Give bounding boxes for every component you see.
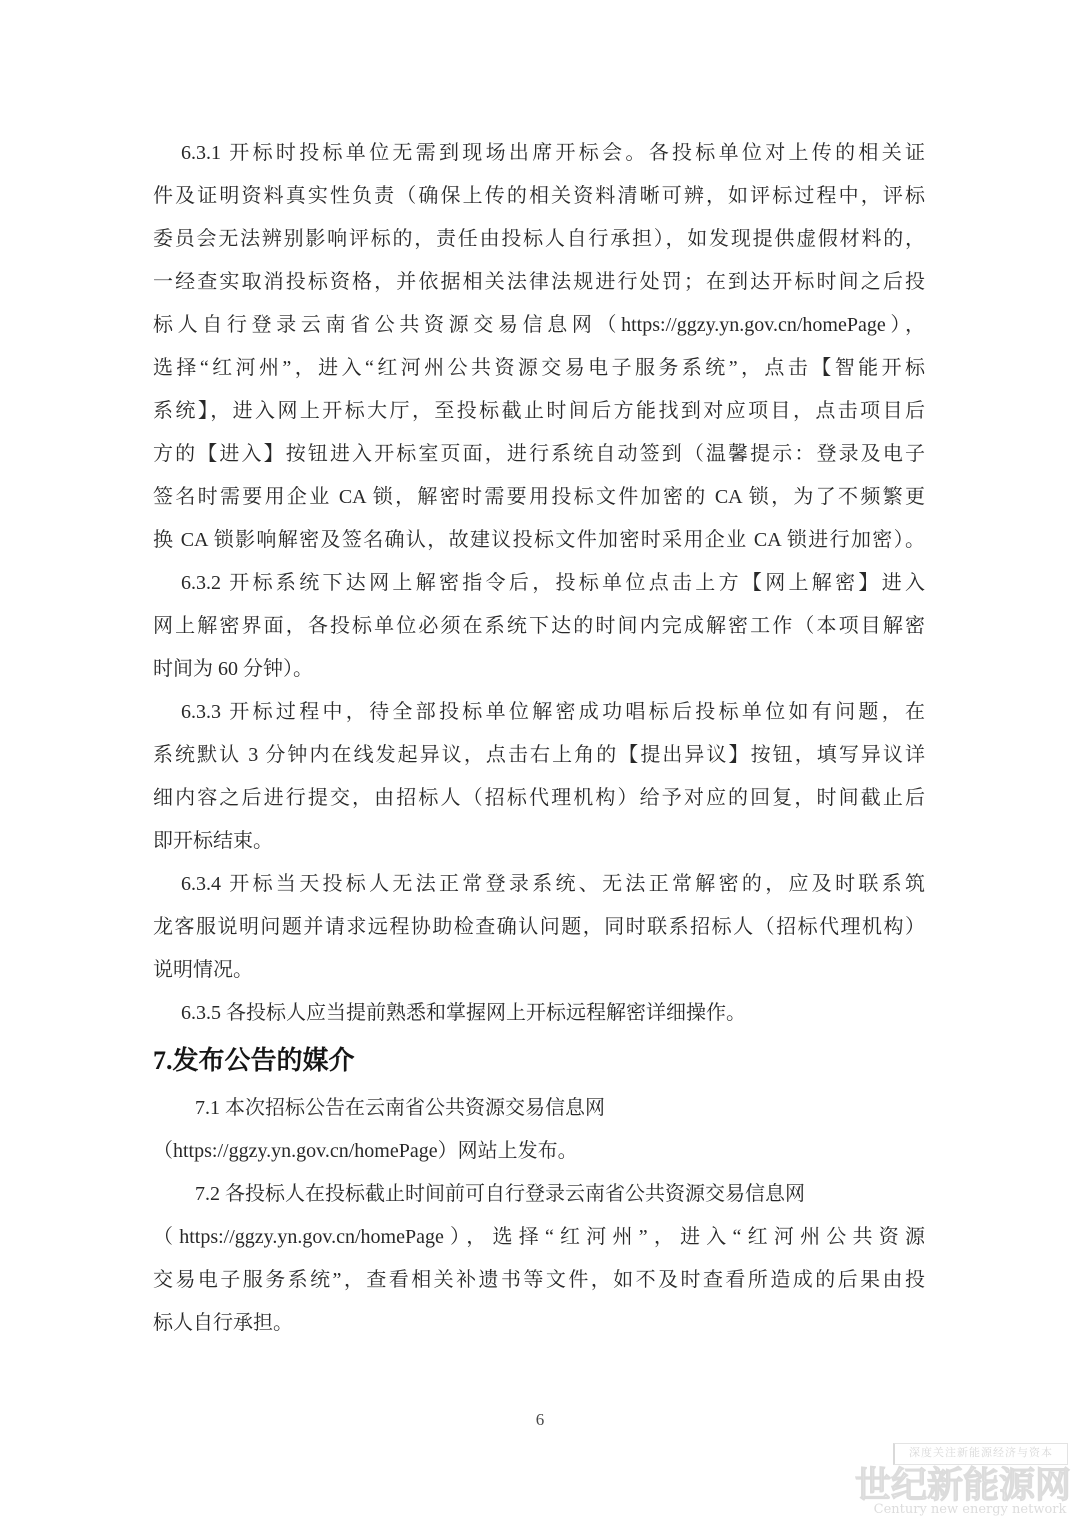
- text-line: 6.3.1 开标时投标单位无需到现场出席开标会。各投标单位对上传的相关证: [153, 132, 925, 175]
- text-line: 件及证明资料真实性负责（确保上传的相关资料清晰可辨，如评标过程中，评标: [153, 175, 925, 218]
- text-line: 交易电子服务系统”，查看相关补遗书等文件，如不及时查看所造成的后果由投: [153, 1259, 925, 1302]
- text-line: 标人自行承担。: [153, 1302, 925, 1345]
- para-6-3-5: 6.3.5 各投标人应当提前熟悉和掌握网上开标远程解密详细操作。: [153, 992, 925, 1035]
- text-line: 6.3.3 开标过程中，待全部投标单位解密成功唱标后投标单位如有问题，在: [153, 691, 925, 734]
- document-page: 6.3.1 开标时投标单位无需到现场出席开标会。各投标单位对上传的相关证 件及证…: [0, 0, 1080, 1527]
- para-6-3-4: 6.3.4 开标当天投标人无法正常登录系统、无法正常解密的，应及时联系筑 龙客服…: [153, 863, 925, 992]
- para-6-3-3: 6.3.3 开标过程中，待全部投标单位解密成功唱标后投标单位如有问题，在 系统默…: [153, 691, 925, 863]
- section-7-heading: 7.发布公告的媒介: [153, 1035, 925, 1087]
- text-line: 方的【进入】按钮进入开标室页面，进行系统自动签到（温馨提示：登录及电子: [153, 433, 925, 476]
- text-line: 委员会无法辨别影响评标的，责任由投标人自行承担），如发现提供虚假材料的，: [153, 218, 925, 261]
- document-body: 6.3.1 开标时投标单位无需到现场出席开标会。各投标单位对上传的相关证 件及证…: [153, 132, 925, 1345]
- text-line: （https://ggzy.yn.gov.cn/homePage）网站上发布。: [153, 1130, 925, 1173]
- text-line: （https://ggzy.yn.gov.cn/homePage），选择“红河州…: [153, 1216, 925, 1259]
- text-line: 系统】，进入网上开标大厅，至投标截止时间后方能找到对应项目，点击项目后: [153, 390, 925, 433]
- para-7-1: 7.1 本次招标公告在云南省公共资源交易信息网 （https://ggzy.yn…: [153, 1087, 925, 1173]
- text-line: 一经查实取消投标资格，并依据相关法律法规进行处罚；在到达开标时间之后投: [153, 261, 925, 304]
- watermark-logo-text: 世纪新能源网: [851, 1463, 1075, 1507]
- text-line: 网上解密界面，各投标单位必须在系统下达的时间内完成解密工作（本项目解密: [153, 605, 925, 648]
- text-line: 7.2 各投标人在投标截止时间前可自行登录云南省公共资源交易信息网: [153, 1173, 925, 1216]
- text-line: 龙客服说明问题并请求远程协助检查确认问题，同时联系招标人（招标代理机构）: [153, 906, 925, 949]
- watermark-tagline: 深度关注新能源经济与资本: [893, 1443, 1068, 1465]
- para-7-2: 7.2 各投标人在投标截止时间前可自行登录云南省公共资源交易信息网 （https…: [153, 1173, 925, 1345]
- text-line: 6.3.2 开标系统下达网上解密指令后，投标单位点击上方【网上解密】进入: [153, 562, 925, 605]
- para-6-3-1: 6.3.1 开标时投标单位无需到现场出席开标会。各投标单位对上传的相关证 件及证…: [153, 132, 925, 562]
- text-line: 系统默认 3 分钟内在线发起异议，点击右上角的【提出异议】按钮，填写异议详: [153, 734, 925, 777]
- text-line: 6.3.4 开标当天投标人无法正常登录系统、无法正常解密的，应及时联系筑: [153, 863, 925, 906]
- para-6-3-2: 6.3.2 开标系统下达网上解密指令后，投标单位点击上方【网上解密】进入 网上解…: [153, 562, 925, 691]
- text-line: 7.1 本次招标公告在云南省公共资源交易信息网: [153, 1087, 925, 1130]
- text-line: 签名时需要用企业 CA 锁，解密时需要用投标文件加密的 CA 锁，为了不频繁更: [153, 476, 925, 519]
- text-line: 标人自行登录云南省公共资源交易信息网（https://ggzy.yn.gov.c…: [153, 304, 925, 347]
- watermark-subtitle: Century new energy network: [870, 1502, 1070, 1517]
- text-line: 细内容之后进行提交，由招标人（招标代理机构）给予对应的回复，时间截止后: [153, 777, 925, 820]
- text-line: 说明情况。: [153, 949, 925, 992]
- text-line: 6.3.5 各投标人应当提前熟悉和掌握网上开标远程解密详细操作。: [153, 992, 925, 1035]
- text-line: 换 CA 锁影响解密及签名确认，故建议投标文件加密时采用企业 CA 锁进行加密）…: [153, 519, 925, 562]
- text-line: 即开标结束。: [153, 820, 925, 863]
- page-number: 6: [0, 1410, 1080, 1430]
- text-line: 时间为 60 分钟）。: [153, 648, 925, 691]
- text-line: 选择“红河州”，进入“红河州公共资源交易电子服务系统”，点击【智能开标: [153, 347, 925, 390]
